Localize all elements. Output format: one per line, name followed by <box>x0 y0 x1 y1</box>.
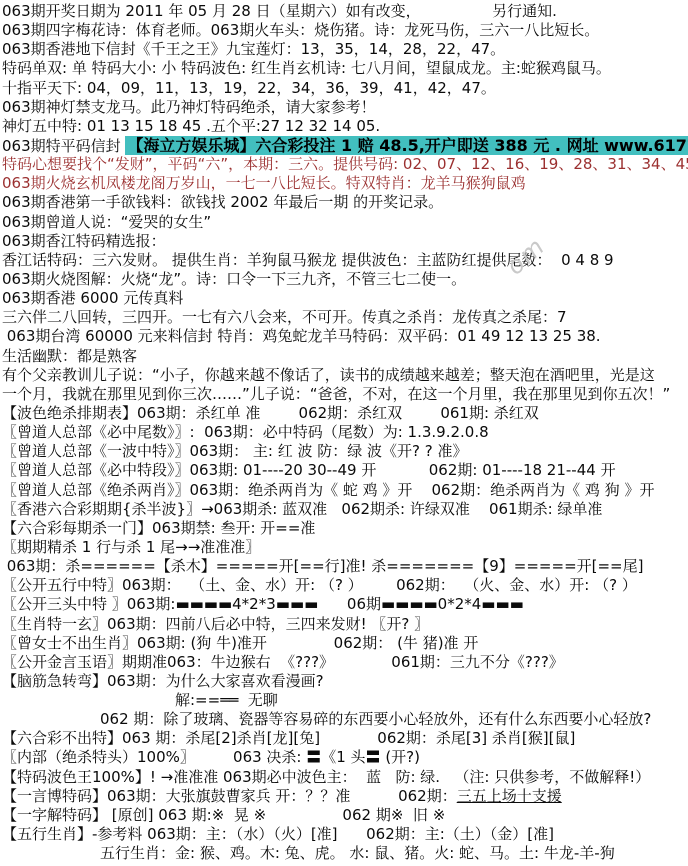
text-line: 〖曾道人总部《必中特段》〗063期: 01----20 30--49 开 062… <box>0 461 688 480</box>
text-segment: 【波色绝杀排期表】063期：杀红单 准 062期：杀红双 061期: 杀红双 <box>2 404 539 422</box>
text-line: 一个月，我就在那里见到你三次……”儿子说：“爸爸，不对，在这一个月里，我在那里见… <box>0 385 688 404</box>
text-line: 特码心想要找个“发财”，平码“六”，本期：三六。提供号码: 02、07、12、1… <box>0 155 688 174</box>
text-segment: 香江话特码：三六发财。 提供生肖：羊狗鼠马猴龙 提供波色：主蓝防红提供尾数： 0… <box>2 251 614 269</box>
text-line: 解:==══ 无聊 <box>0 691 688 710</box>
text-line: 〖公开五行中特〗063期： （土、金、水）开: （? ） 062期： （火、金、… <box>0 576 688 595</box>
text-line: 【波色绝杀排期表】063期：杀红单 准 062期：杀红双 061期: 杀红双 <box>0 404 688 423</box>
text-line: 【六合彩不出特】063 期：杀尾[2]杀肖[龙][兔] 062期：杀尾[3] 杀… <box>0 729 688 748</box>
text-line: 063期香港第一手欲钱料：欲钱找 2002 年最后一期 的开奖记录。 <box>0 193 688 212</box>
text-line: 〖期期精杀 1 行与杀 1 尾→→准准准〗 <box>0 538 688 557</box>
text-segment: 特码心想要找个“发财”，平码“六”，本期：三六。提供号码: 02、07、12、1… <box>2 155 688 173</box>
text-line: 〖曾道人总部《一波中特》〗063期： 主: 红 波 防：绿 波《开? ? 准》 <box>0 442 688 461</box>
text-segment: 〖公开五行中特〗063期： （土、金、水）开: （? ） 062期： （火、金、… <box>2 576 637 594</box>
text-line: 五行生肖：金: 猴、鸡。木: 兔、虎。 水: 鼠、猪。火: 蛇、马。土: 牛龙-… <box>0 844 688 863</box>
text-segment: 〖香港六合彩期期{杀半波}〗→063期杀: 蓝双准 062期杀: 许绿双准 06… <box>2 500 602 518</box>
text-segment: 神灯五中特: 01 13 15 18 45 .五个平:27 12 32 14 0… <box>2 117 380 135</box>
text-segment: 063期香江特码精选报： <box>2 232 166 250</box>
text-line: 【一字解特码】 [原创] 063 期:※ 晃 ※ 062 期※ 旧 ※ <box>0 806 688 825</box>
text-segment: 三五上场十支援 <box>457 787 562 805</box>
text-line: 062 期：除了玻璃、瓷器等容易碎的东西要小心轻放外，还有什么东西要小心轻放? <box>0 710 688 729</box>
ad-banner: 【海立方娱乐城】六合彩投注 1 赔 48.5,开户即送 388 元 . 网址 w… <box>125 136 688 155</box>
text-segment: 063期四字梅花诗：体育老师。063期火车头：烧伤猪。诗：龙死马伤，三六一八比短… <box>2 21 599 39</box>
text-segment: 生活幽默：都是熟客 <box>2 347 137 365</box>
text-line: 生活幽默：都是熟客 <box>0 347 688 366</box>
text-segment: 063期曾道人说：“爱哭的女生” <box>2 213 211 231</box>
text-segment: 062 期：除了玻璃、瓷器等容易碎的东西要小心轻放外，还有什么东西要小心轻放? <box>100 710 651 728</box>
text-segment: 五行生肖：金: 猴、鸡。木: 兔、虎。 水: 鼠、猪。火: 蛇、马。土: 牛龙-… <box>100 844 615 862</box>
text-segment: 〖曾道人总部《必中尾数》〗: 063期：必中特码（尾数）为: 1.3.9.2.0… <box>2 423 489 441</box>
text-segment: 【一字解特码】 [原创] 063 期:※ 晃 ※ 062 期※ 旧 ※ <box>2 806 445 824</box>
text-segment: 063期开奖日期为 2011 年 05 月 28 日（星期六）如有改变， 另行通… <box>2 2 557 20</box>
text-segment: 063期香港 6000 元传真料 <box>2 289 183 307</box>
text-segment: 解:==══ 无聊 <box>175 691 278 709</box>
text-line: 香江话特码：三六发财。 提供生肖：羊狗鼠马猴龙 提供波色：主蓝防红提供尾数： 0… <box>0 251 688 270</box>
text-line: 十指平天下: 04，09，11，13，19，22，34，36，39，41，42，… <box>0 79 688 98</box>
text-line: 063期台湾 60000 元来料信封 特肖：鸡兔蛇龙羊马特码：双平码：01 49… <box>0 327 688 346</box>
text-lines: 063期开奖日期为 2011 年 05 月 28 日（星期六）如有改变， 另行通… <box>0 2 688 863</box>
text-line: 063期香港地下信封《千王之王》九宝莲灯：13，35，14，28，22，47。 <box>0 40 688 59</box>
text-line: 〖生肖特一玄〗063期：四前八后必中特，三四来发财! 〖开? 〗 <box>0 615 688 634</box>
text-line: 【脑筋急转弯】063期：为什么大家喜欢看漫画? <box>0 672 688 691</box>
text-line: 【六合彩每期杀一门】063期禁: 叁开: 开==准 <box>0 519 688 538</box>
text-segment: 〖曾道人总部《一波中特》〗063期： 主: 红 波 防：绿 波《开? ? 准》 <box>2 442 468 460</box>
text-segment: 063期特平码信封 <box>2 137 125 155</box>
text-line: 063期开奖日期为 2011 年 05 月 28 日（星期六）如有改变， 另行通… <box>0 2 688 21</box>
text-segment: 一个月，我就在那里见到你三次……”儿子说：“爸爸，不对，在这一个月里，我在那里见… <box>2 385 670 403</box>
text-line: 〖香港六合彩期期{杀半波}〗→063期杀: 蓝双准 062期杀: 许绿双准 06… <box>0 500 688 519</box>
text-line: 【特码波色王100%】! →准准准 063期必中波色主： 蓝 防: 绿. （注:… <box>0 768 688 787</box>
text-line: 063期火烧图解：火烧“龙”。诗：口令一下三九齐，不管三七二使一。 <box>0 270 688 289</box>
text-line: 063期神灯禁支龙马。此乃神灯特码绝杀，请大家参考！ <box>0 98 688 117</box>
text-segment: 【特码波色王100%】! →准准准 063期必中波色主： 蓝 防: 绿. （注:… <box>2 768 650 786</box>
text-line: 063期香港 6000 元传真料 <box>0 289 688 308</box>
text-segment: 〖曾道人总部《必中特段》〗063期: 01----20 30--49 开 062… <box>2 461 616 479</box>
text-line: 063期四字梅花诗：体育老师。063期火车头：烧伤猪。诗：龙死马伤，三六一八比短… <box>0 21 688 40</box>
text-segment: 〖内部（绝杀特头）100%〗 063 决杀: 〓《1 头〓 (开?) <box>2 748 420 766</box>
text-line: 【五行生肖】-参考料 063期：主：（水）（火）[准] 062期：主:（土）（金… <box>0 825 688 844</box>
text-segment: 【六合彩不出特】063 期：杀尾[2]杀肖[龙][兔] 062期：杀尾[3] 杀… <box>2 729 575 747</box>
text-line: 有个父亲教训儿子说：“小子，你越来越不像话了，读书的成绩越来越差；整天泡在酒吧里… <box>0 366 688 385</box>
text-segment: 〖公开三头中特 〗063期:▬▬▬▬4*2*3▬▬▬ 06期▬▬▬▬0*2*4▬… <box>2 595 524 613</box>
text-line: 〖内部（绝杀特头）100%〗 063 决杀: 〓《1 头〓 (开?) <box>0 748 688 767</box>
lottery-tips-page: 063期开奖日期为 2011 年 05 月 28 日（星期六）如有改变， 另行通… <box>0 0 688 866</box>
text-line: 063期香江特码精选报： <box>0 232 688 251</box>
text-line: 〖公开三头中特 〗063期:▬▬▬▬4*2*3▬▬▬ 06期▬▬▬▬0*2*4▬… <box>0 595 688 614</box>
text-segment: 【一言博特码】063期：大张旗鼓曹家兵 开：？？准 062期： <box>2 787 457 805</box>
text-line: 063期特平码信封 【海立方娱乐城】六合彩投注 1 赔 48.5,开户即送 38… <box>0 136 688 155</box>
text-segment: 063期火烧图解：火烧“龙”。诗：口令一下三九齐，不管三七二使一。 <box>2 270 466 288</box>
text-segment: 有个父亲教训儿子说：“小子，你越来越不像话了，读书的成绩越来越差；整天泡在酒吧里… <box>2 366 655 384</box>
text-line: 063期曾道人说：“爱哭的女生” <box>0 213 688 232</box>
text-segment: 特码单双: 单 特码大小: 小 特码波色: 红生肖玄机诗: 七八月间，望鼠成龙。… <box>2 59 611 77</box>
text-line: 〖曾女士不出生肖〗063期: (狗 牛)准开 062期： (牛 猪)准 开 <box>0 634 688 653</box>
text-line: 〖曾道人总部《必中尾数》〗: 063期：必中特码（尾数）为: 1.3.9.2.0… <box>0 423 688 442</box>
text-line: 〖曾道人总部《绝杀两肖》〗063期：绝杀两肖为《 蛇 鸡 》开 062期：绝杀两… <box>0 481 688 500</box>
text-segment: 三六伴二八回转，三四开。一七有六八会来，不可开。传真之杀肖：龙传真之杀尾：7 <box>2 308 567 326</box>
text-segment: 063期香港地下信封《千王之王》九宝莲灯：13，35，14，28，22，47。 <box>2 40 505 58</box>
text-line: 〖公开金言玉语〗期期准063：牛边猴右 《???》 061期：三九不分《???》 <box>0 653 688 672</box>
text-segment: 〖期期精杀 1 行与杀 1 尾→→准准准〗 <box>2 538 260 556</box>
text-segment: 〖公开金言玉语〗期期准063：牛边猴右 《???》 061期：三九不分《???》 <box>2 653 564 671</box>
text-segment: 【五行生肖】-参考料 063期：主：（水）（火）[准] 062期：主:（土）（金… <box>2 825 554 843</box>
text-segment: 〖生肖特一玄〗063期：四前八后必中特，三四来发财! 〖开? 〗 <box>2 615 429 633</box>
text-segment: 063期：杀======【杀木】=====开[==行]准! 杀=======【9… <box>2 557 643 575</box>
text-segment: 〖曾道人总部《绝杀两肖》〗063期：绝杀两肖为《 蛇 鸡 》开 062期：绝杀两… <box>2 481 654 499</box>
text-segment: 063期神灯禁支龙马。此乃神灯特码绝杀，请大家参考！ <box>2 98 376 116</box>
text-segment: 063期火烧玄机凤楼龙阁万岁山，一七一八比短长。特双特肖：龙羊马猴狗鼠鸡 <box>2 174 526 192</box>
text-segment: 〖曾女士不出生肖〗063期: (狗 牛)准开 062期： (牛 猪)准 开 <box>2 634 478 652</box>
text-segment: 【脑筋急转弯】063期：为什么大家喜欢看漫画? <box>2 672 324 690</box>
text-line: 【一言博特码】063期：大张旗鼓曹家兵 开：？？准 062期：三五上场十支援 <box>0 787 688 806</box>
text-segment: 【六合彩每期杀一门】063期禁: 叁开: 开==准 <box>2 519 315 537</box>
text-segment: 063期香港第一手欲钱料：欲钱找 2002 年最后一期 的开奖记录。 <box>2 193 443 211</box>
text-segment: 十指平天下: 04，09，11，13，19，22，34，36，39，41，42，… <box>2 79 496 97</box>
text-segment: 063期台湾 60000 元来料信封 特肖：鸡兔蛇龙羊马特码：双平码：01 49… <box>2 327 601 345</box>
text-line: 三六伴二八回转，三四开。一七有六八会来，不可开。传真之杀肖：龙传真之杀尾：7 <box>0 308 688 327</box>
text-line: 063期：杀======【杀木】=====开[==行]准! 杀=======【9… <box>0 557 688 576</box>
text-line: 特码单双: 单 特码大小: 小 特码波色: 红生肖玄机诗: 七八月间，望鼠成龙。… <box>0 59 688 78</box>
text-line: 神灯五中特: 01 13 15 18 45 .五个平:27 12 32 14 0… <box>0 117 688 136</box>
text-line: 063期火烧玄机凤楼龙阁万岁山，一七一八比短长。特双特肖：龙羊马猴狗鼠鸡 <box>0 174 688 193</box>
